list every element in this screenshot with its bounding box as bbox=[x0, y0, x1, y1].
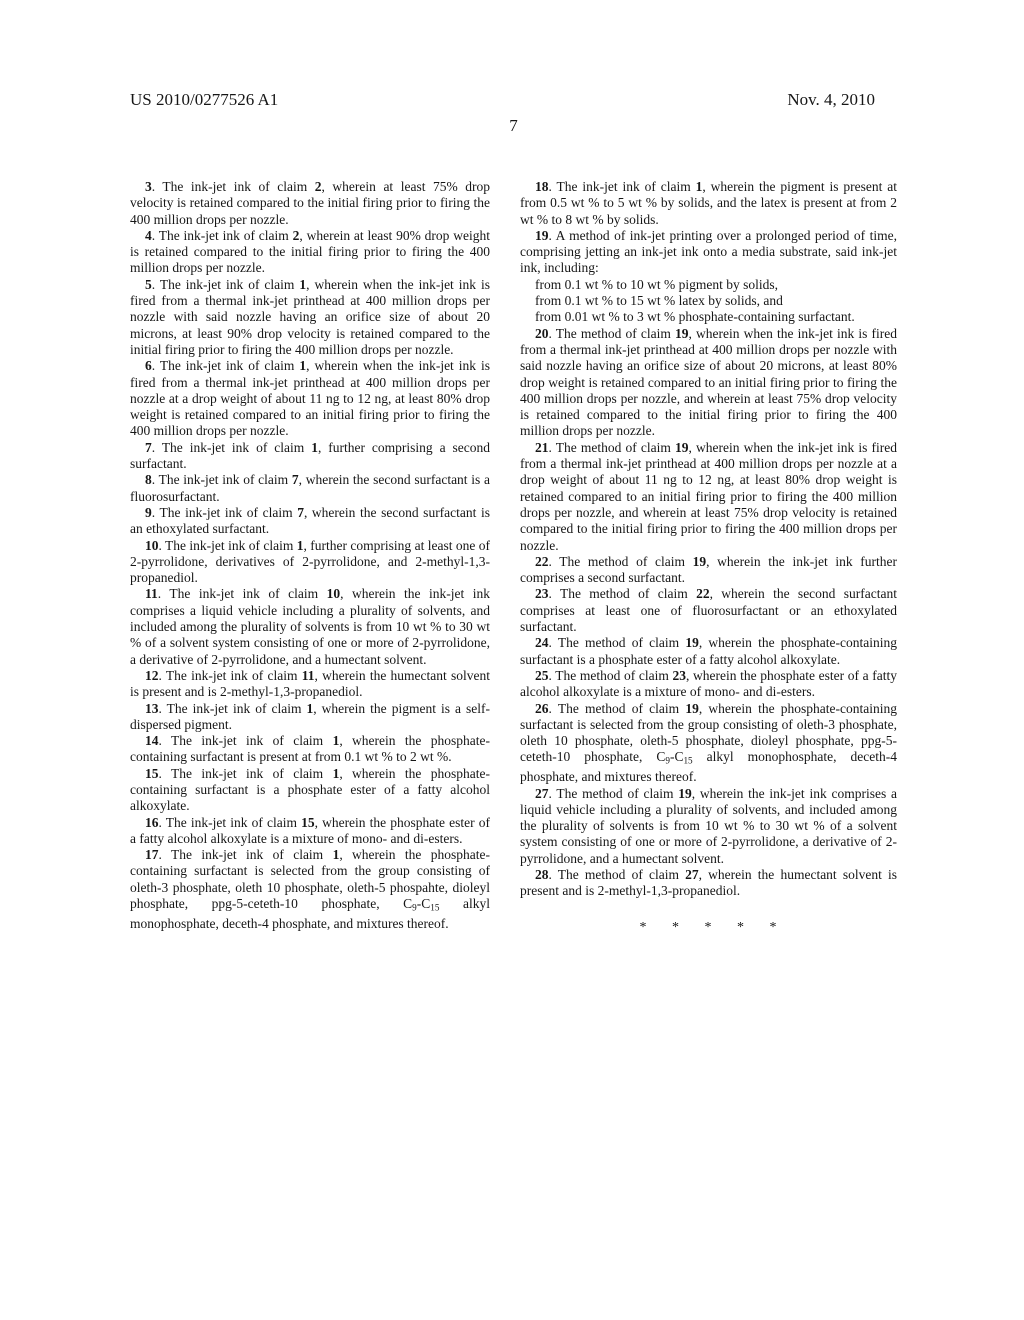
claim-22: 22. The method of claim 19, wherein the … bbox=[520, 554, 897, 587]
publication-number: US 2010/0277526 A1 bbox=[130, 90, 278, 110]
claim-6: 6. The ink-jet ink of claim 1, wherein w… bbox=[130, 358, 490, 439]
claim-28: 28. The method of claim 27, wherein the … bbox=[520, 867, 897, 900]
claim-19: 19. A method of ink-jet printing over a … bbox=[520, 228, 897, 277]
claim-4: 4. The ink-jet ink of claim 2, wherein a… bbox=[130, 228, 490, 277]
claims-column-left: 3. The ink-jet ink of claim 2, wherein a… bbox=[130, 179, 490, 936]
page-number: 7 bbox=[130, 115, 897, 137]
publication-date: Nov. 4, 2010 bbox=[787, 90, 897, 110]
claim-5: 5. The ink-jet ink of claim 1, wherein w… bbox=[130, 277, 490, 358]
claims-column-right-paragraphs: 18. The ink-jet ink of claim 1, wherein … bbox=[520, 179, 897, 900]
claims-column-right: 18. The ink-jet ink of claim 1, wherein … bbox=[520, 179, 897, 936]
claim-14: 14. The ink-jet ink of claim 1, wherein … bbox=[130, 733, 490, 766]
claim-25: 25. The method of claim 23, wherein the … bbox=[520, 668, 897, 701]
claim-13: 13. The ink-jet ink of claim 1, wherein … bbox=[130, 701, 490, 734]
claim-11: 11. The ink-jet ink of claim 10, wherein… bbox=[130, 586, 490, 667]
claim-24: 24. The method of claim 19, wherein the … bbox=[520, 635, 897, 668]
claim-12: 12. The ink-jet ink of claim 11, wherein… bbox=[130, 668, 490, 701]
claim-19-item-2: from 0.1 wt % to 15 wt % latex by solids… bbox=[520, 293, 897, 309]
claim-7: 7. The ink-jet ink of claim 1, further c… bbox=[130, 440, 490, 473]
claim-26: 26. The method of claim 19, wherein the … bbox=[520, 701, 897, 786]
claim-16: 16. The ink-jet ink of claim 15, wherein… bbox=[130, 815, 490, 848]
claim-10: 10. The ink-jet ink of claim 1, further … bbox=[130, 538, 490, 587]
claim-8: 8. The ink-jet ink of claim 7, wherein t… bbox=[130, 472, 490, 505]
page-header: US 2010/0277526 A1 Nov. 4, 2010 bbox=[130, 90, 897, 110]
claim-19-item-1: from 0.1 wt % to 10 wt % pigment by soli… bbox=[520, 277, 897, 293]
claim-9: 9. The ink-jet ink of claim 7, wherein t… bbox=[130, 505, 490, 538]
claim-18: 18. The ink-jet ink of claim 1, wherein … bbox=[520, 179, 897, 228]
claim-27: 27. The method of claim 19, wherein the … bbox=[520, 786, 897, 867]
claim-3: 3. The ink-jet ink of claim 2, wherein a… bbox=[130, 179, 490, 228]
patent-page: US 2010/0277526 A1 Nov. 4, 2010 7 3. The… bbox=[0, 0, 1024, 1320]
claim-21: 21. The method of claim 19, wherein when… bbox=[520, 440, 897, 554]
claim-19-item-3: from 0.01 wt % to 3 wt % phosphate-conta… bbox=[520, 309, 897, 325]
end-of-claims-marker: * * * * * bbox=[520, 920, 897, 936]
claim-17: 17. The ink-jet ink of claim 1, wherein … bbox=[130, 847, 490, 932]
claim-23: 23. The method of claim 22, wherein the … bbox=[520, 586, 897, 635]
claims-section: 3. The ink-jet ink of claim 2, wherein a… bbox=[130, 179, 897, 936]
claim-15: 15. The ink-jet ink of claim 1, wherein … bbox=[130, 766, 490, 815]
claim-20: 20. The method of claim 19, wherein when… bbox=[520, 326, 897, 440]
